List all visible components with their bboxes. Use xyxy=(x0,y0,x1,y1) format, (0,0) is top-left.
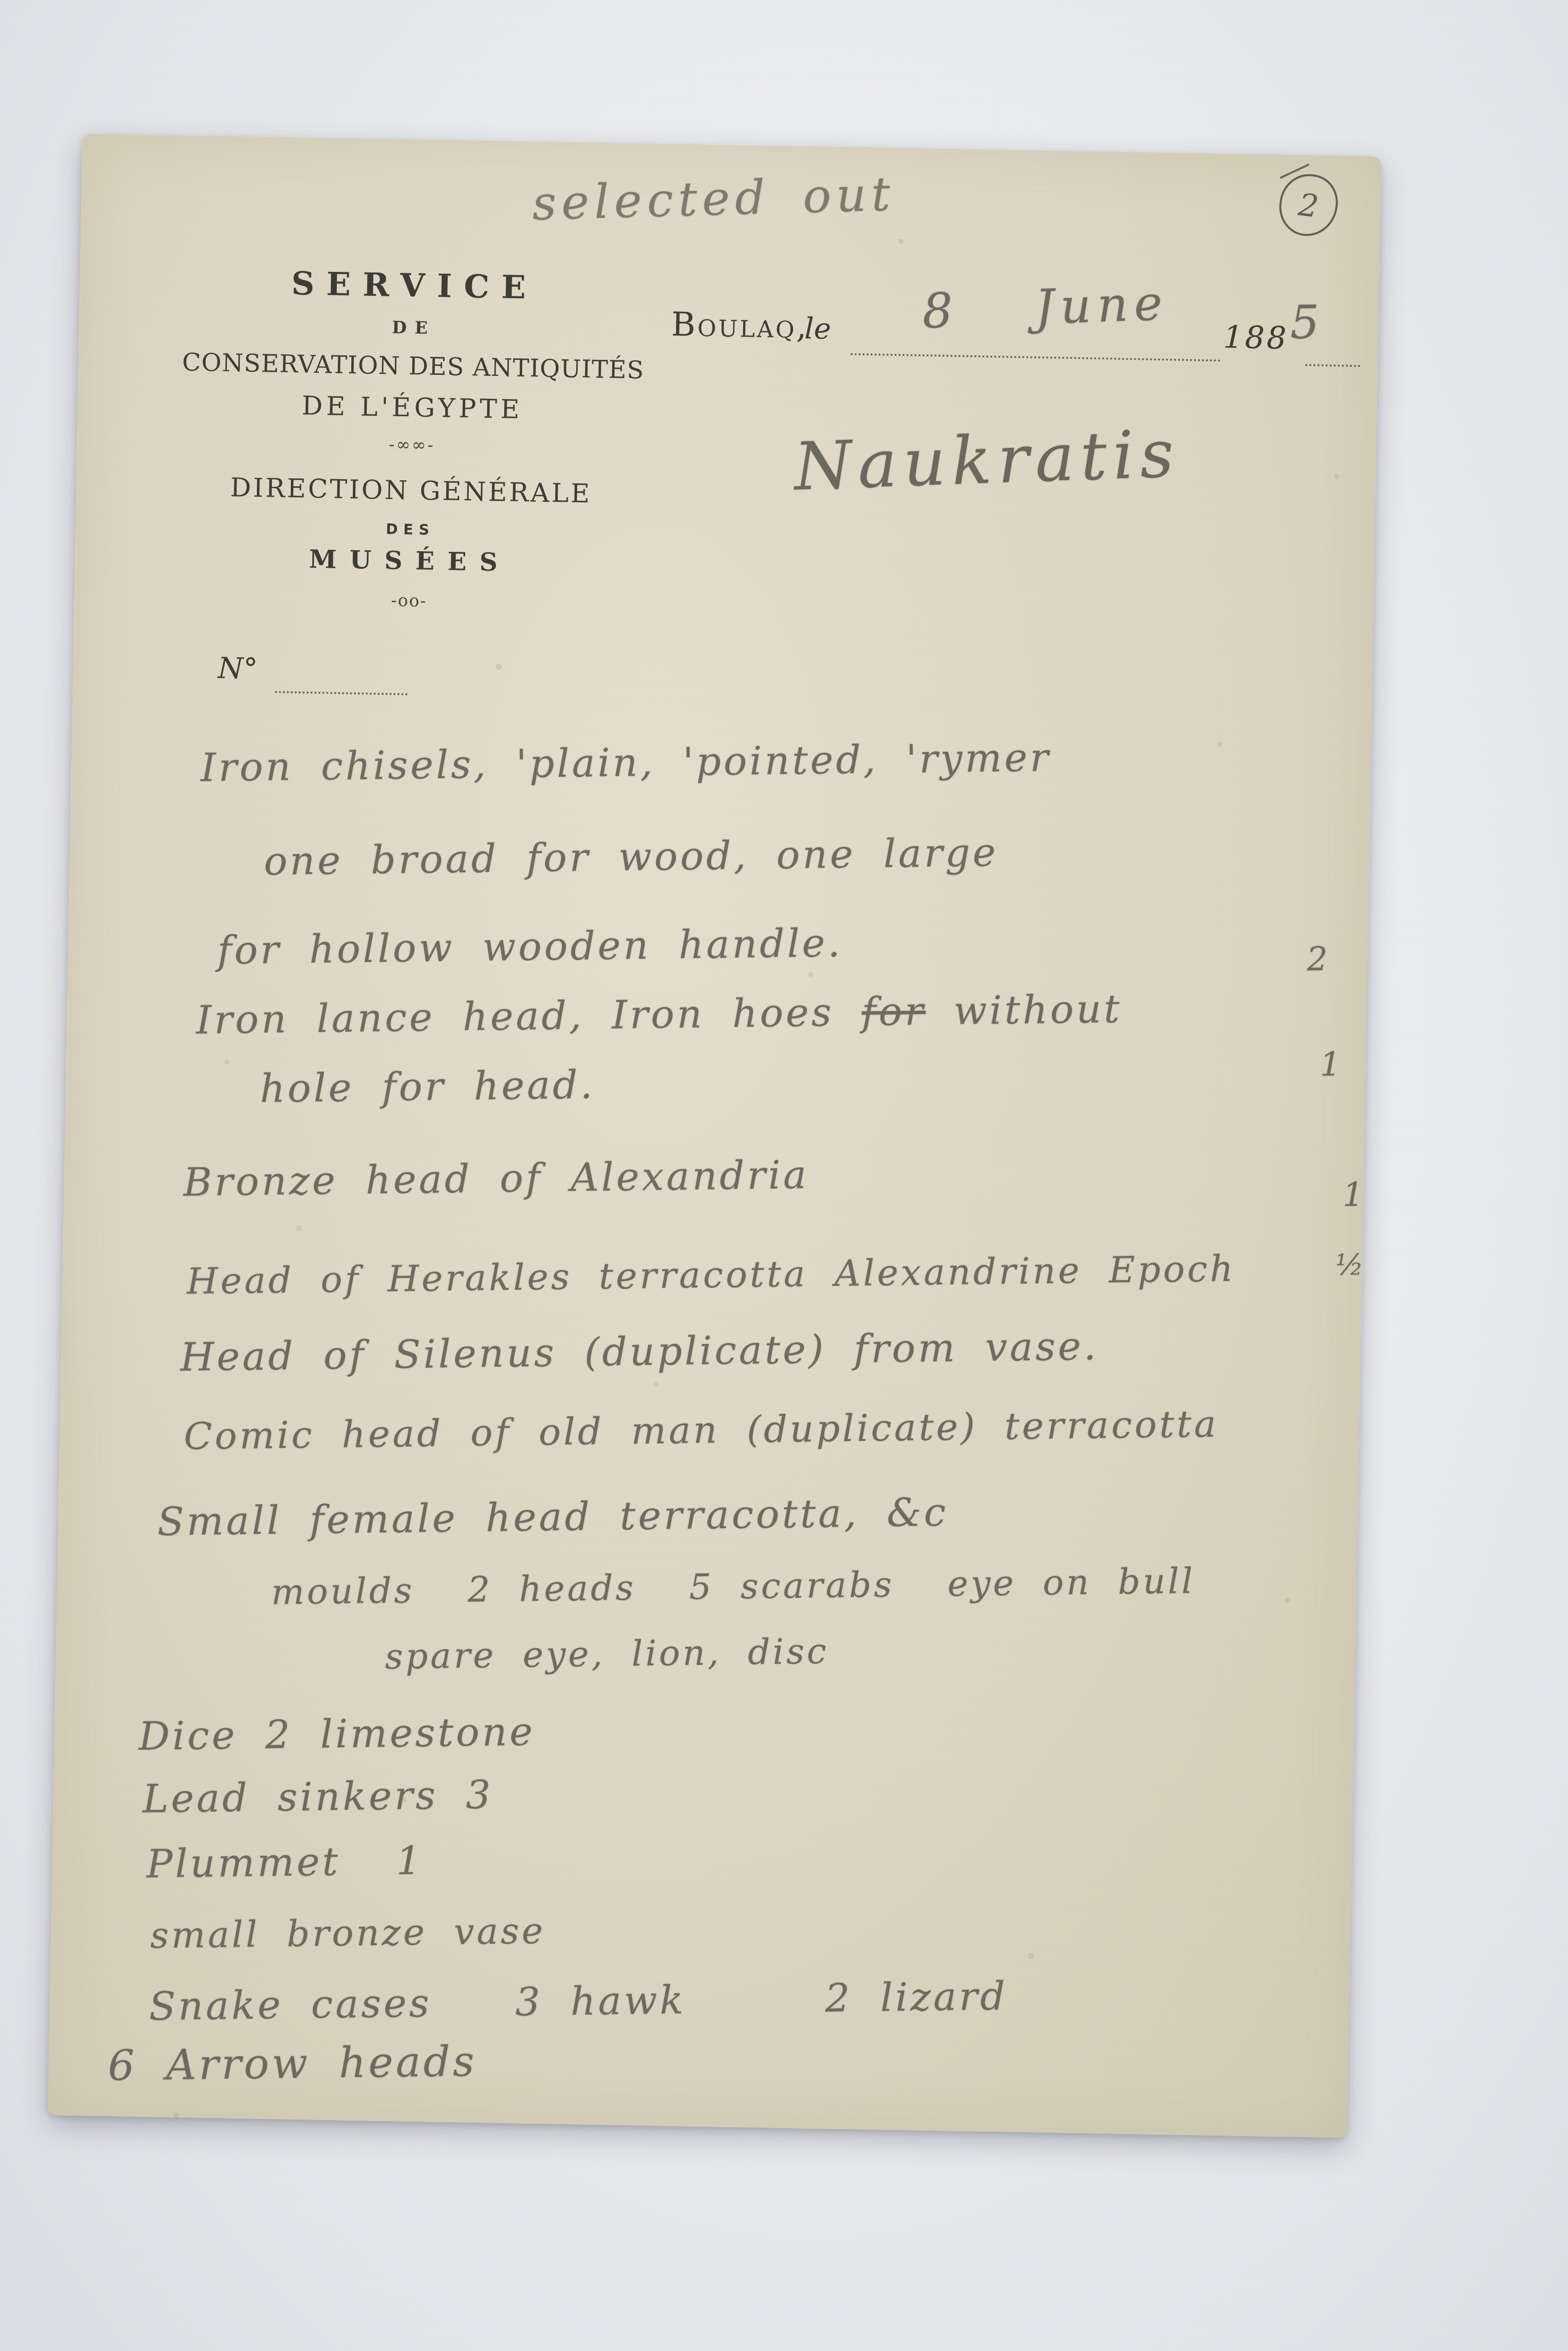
handwritten-date: 8 June xyxy=(921,275,1169,339)
entry-line: moulds 2 heads 5 scarabs eye on bull xyxy=(271,1560,1195,1613)
entry-line: Plummet 1 xyxy=(146,1839,423,1887)
page-number: 2 xyxy=(1297,186,1321,224)
quantity-note: 2 xyxy=(1307,940,1328,979)
entry-line: Lead sinkers 3 xyxy=(142,1773,494,1822)
entry-line: Head of Herakles terracotta Alexandrine … xyxy=(186,1247,1236,1302)
entry-line: hole for head. xyxy=(260,1063,596,1112)
entry-text: without xyxy=(925,987,1122,1034)
entry-line: 6 Arrow heads xyxy=(107,2037,477,2090)
quantity-note: 1 xyxy=(1320,1045,1341,1084)
dateline-le: le xyxy=(804,311,831,346)
entry-line: small bronze vase xyxy=(150,1910,546,1957)
letterhead: SERVICE DE CONSERVATION DES ANTIQUITÉS D… xyxy=(165,263,665,271)
letterhead-de: DE xyxy=(164,314,664,342)
ornament-icon: -∞∞- xyxy=(162,430,662,459)
entry-line: Small female head terracotta, &c xyxy=(157,1490,948,1544)
entry-line: one broad for wood, one large xyxy=(264,830,999,884)
entry-line: Comic head of old man (duplicate) terrac… xyxy=(184,1402,1219,1458)
dateline-place: Boulaq, xyxy=(671,305,809,346)
struck-word: for xyxy=(861,989,926,1035)
handwritten-year-digit: 5 xyxy=(1290,295,1322,349)
entry-line: for hollow wooden handle. xyxy=(217,921,842,973)
scanned-document-page: { "colors":{"mat":"#e9eaee","paper":"#db… xyxy=(0,0,1568,2351)
pencil-stroke xyxy=(1280,163,1310,179)
circled-page-number: 2 xyxy=(1276,171,1341,239)
letterhead-direction: DIRECTION GÉNÉRALE xyxy=(161,471,661,510)
entry-line: Snake cases 3 hawk 2 lizard xyxy=(149,1974,1008,2030)
entry-line: Head of Silenus (duplicate) from vase. xyxy=(180,1324,1099,1380)
entry-line: Bronze head of Alexandria xyxy=(183,1153,809,1205)
foxing-spots xyxy=(82,134,84,136)
entry-line: Dice 2 limestone xyxy=(138,1709,535,1759)
site-annotation: Naukratis xyxy=(793,415,1181,506)
letterhead-service: SERVICE xyxy=(164,263,665,309)
letterhead-musees: MUSÉES xyxy=(160,541,660,579)
number-dotted-rule xyxy=(275,691,407,696)
number-label: N° xyxy=(218,651,258,686)
ornament-icon: -oo- xyxy=(159,586,659,615)
top-annotation: selected out xyxy=(532,167,896,231)
quantity-note: 1 xyxy=(1343,1175,1364,1214)
entry-line: spare eye, lion, disc xyxy=(385,1631,829,1677)
entry-text: Iron lance head, Iron hoes xyxy=(196,990,862,1043)
entry-line: Iron lance head, Iron hoes for without xyxy=(196,987,1122,1043)
dateline-dotted-rule xyxy=(1305,364,1360,367)
letter-paper: 2 selected out Naukratis SERVICE DE CONS… xyxy=(48,134,1382,2138)
printed-year: 188 xyxy=(1223,319,1289,356)
letterhead-conservation: CONSERVATION DES ANTIQUITÉS xyxy=(163,348,663,385)
dateline-dotted-rule xyxy=(850,353,1220,362)
entry-line: Iron chisels, 'plain, 'pointed, 'rymer xyxy=(200,735,1051,791)
letterhead-des: DES xyxy=(160,516,660,542)
quantity-note: ½ xyxy=(1335,1247,1364,1282)
letterhead-egypte: DE L'ÉGYPTE xyxy=(162,389,663,427)
